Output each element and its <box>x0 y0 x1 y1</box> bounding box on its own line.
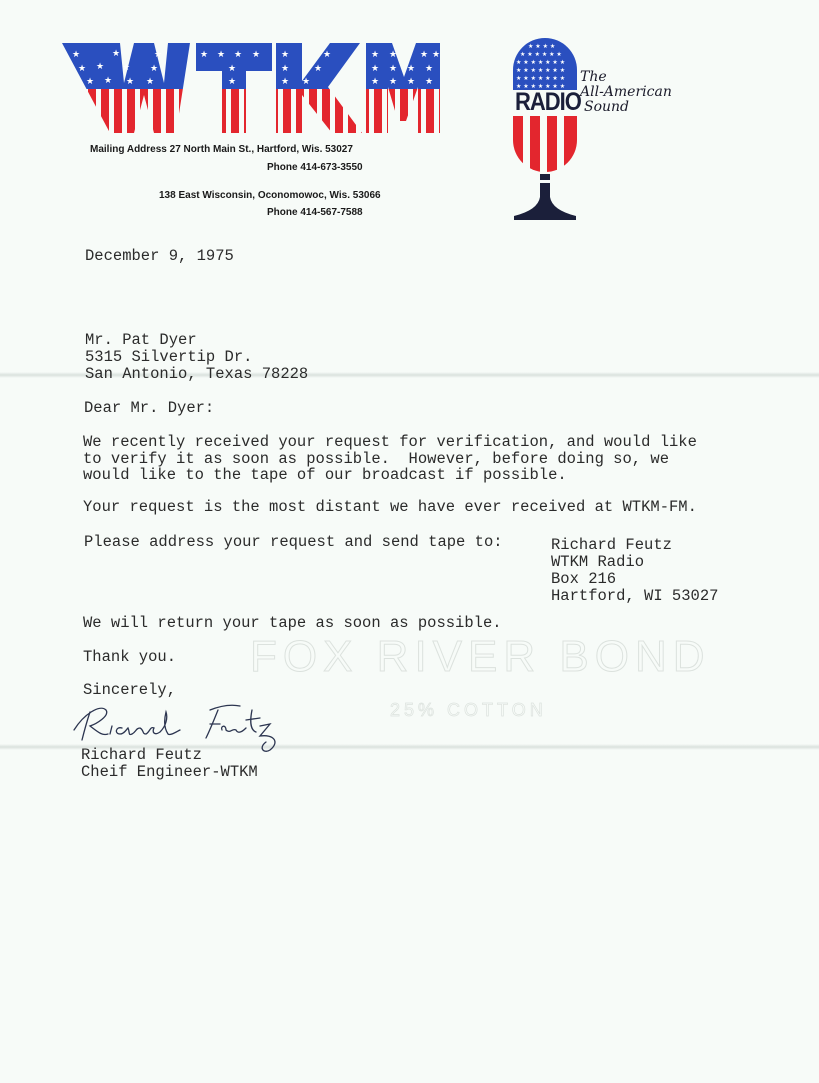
radio-logo-text: RADIO <box>515 88 578 116</box>
send-to-line: WTKM Radio <box>551 554 644 571</box>
svg-text:★: ★ <box>72 50 80 60</box>
paper-watermark: FOX RIVER BOND <box>250 632 711 682</box>
svg-text:★: ★ <box>371 50 379 60</box>
svg-text:★: ★ <box>200 50 208 60</box>
paragraph-distance: Your request is the most distant we have… <box>83 499 697 516</box>
recipient-line: Mr. Pat Dyer <box>85 332 197 349</box>
svg-text:★: ★ <box>425 77 433 87</box>
wtkm-logo: ★★★ ★★★★ ★★★★ ★★★★ ★★ ★★★★ ★★ ★★★★ ★★★★ … <box>62 43 440 133</box>
svg-text:★: ★ <box>407 77 415 87</box>
paragraph-send-tape: Please address your request and send tap… <box>84 534 503 551</box>
svg-text:★ ★ ★ ★ ★ ★ ★: ★ ★ ★ ★ ★ ★ ★ <box>516 75 565 82</box>
svg-text:★: ★ <box>281 50 289 60</box>
svg-text:★: ★ <box>228 64 236 74</box>
svg-text:★: ★ <box>389 50 397 60</box>
svg-text:★: ★ <box>371 64 379 74</box>
svg-text:★: ★ <box>389 77 397 87</box>
svg-text:★: ★ <box>96 62 104 72</box>
svg-text:★ ★ ★ ★ ★ ★ ★: ★ ★ ★ ★ ★ ★ ★ <box>516 59 565 66</box>
send-to-line: Hartford, WI 53027 <box>551 588 718 605</box>
svg-text:★: ★ <box>314 64 322 74</box>
slogan-line: The <box>580 70 672 85</box>
svg-text:★: ★ <box>371 77 379 87</box>
svg-text:★: ★ <box>78 64 86 74</box>
svg-text:★: ★ <box>281 77 289 87</box>
mailing-address: Mailing Address 27 North Main St., Hartf… <box>90 144 353 155</box>
signer-name: Richard Feutz <box>81 747 202 764</box>
svg-text:★: ★ <box>389 64 397 74</box>
microphone-logo: ★ ★ ★ ★ ★ ★ ★ ★ ★ ★ ★ ★ ★ ★ ★ ★ ★ ★ ★ ★ … <box>500 36 595 222</box>
salutation: Dear Mr. Dyer: <box>84 400 214 417</box>
svg-text:★: ★ <box>104 76 112 86</box>
svg-text:★: ★ <box>228 77 236 87</box>
svg-text:★ ★ ★ ★ ★ ★: ★ ★ ★ ★ ★ ★ <box>520 51 562 58</box>
signer-title: Cheif Engineer-WTKM <box>81 764 258 781</box>
svg-text:★: ★ <box>150 64 158 74</box>
phone-hartford: Phone 414-673-3550 <box>267 162 363 173</box>
svg-text:★ ★ ★ ★ ★ ★ ★: ★ ★ ★ ★ ★ ★ ★ <box>516 67 565 74</box>
svg-text:★: ★ <box>146 77 154 87</box>
svg-text:★: ★ <box>302 77 310 87</box>
svg-text:★: ★ <box>234 50 242 60</box>
svg-text:★: ★ <box>407 64 415 74</box>
send-to-line: Richard Feutz <box>551 537 672 554</box>
slogan-line: All-American <box>580 85 672 100</box>
thanks: Thank you. <box>83 649 176 666</box>
paragraph-line: would like to the tape of our broadcast … <box>83 467 567 484</box>
recipient-line: 5315 Silvertip Dr. <box>85 349 252 366</box>
oconomowoc-address: 138 East Wisconsin, Oconomowoc, Wis. 530… <box>159 190 381 201</box>
letter-date: December 9, 1975 <box>85 248 234 265</box>
svg-text:★: ★ <box>122 63 130 73</box>
svg-text:★: ★ <box>126 77 134 87</box>
phone-oconomowoc: Phone 414-567-7588 <box>267 207 363 218</box>
svg-text:★: ★ <box>86 77 94 87</box>
svg-text:★: ★ <box>112 49 120 59</box>
slogan: The All-American Sound <box>580 70 672 115</box>
paragraph-line: We recently received your request for ve… <box>83 434 697 451</box>
svg-text:★: ★ <box>432 50 440 60</box>
svg-text:★: ★ <box>154 50 162 60</box>
svg-text:★: ★ <box>425 64 433 74</box>
svg-text:★: ★ <box>323 50 331 60</box>
svg-text:★: ★ <box>217 50 225 60</box>
svg-text:★ ★ ★ ★: ★ ★ ★ ★ <box>528 43 555 50</box>
send-to-line: Box 216 <box>551 571 616 588</box>
paragraph-return-tape: We will return your tape as soon as poss… <box>83 615 502 632</box>
svg-text:★: ★ <box>281 64 289 74</box>
paper-watermark-sub: 25% COTTON <box>390 700 547 721</box>
recipient-line: San Antonio, Texas 78228 <box>85 366 308 383</box>
slogan-line: Sound <box>580 100 672 115</box>
letter-page: { "letterhead": { "logo_text": "WTKM", "… <box>0 0 819 1083</box>
svg-text:★: ★ <box>420 50 428 60</box>
svg-text:★: ★ <box>252 50 260 60</box>
